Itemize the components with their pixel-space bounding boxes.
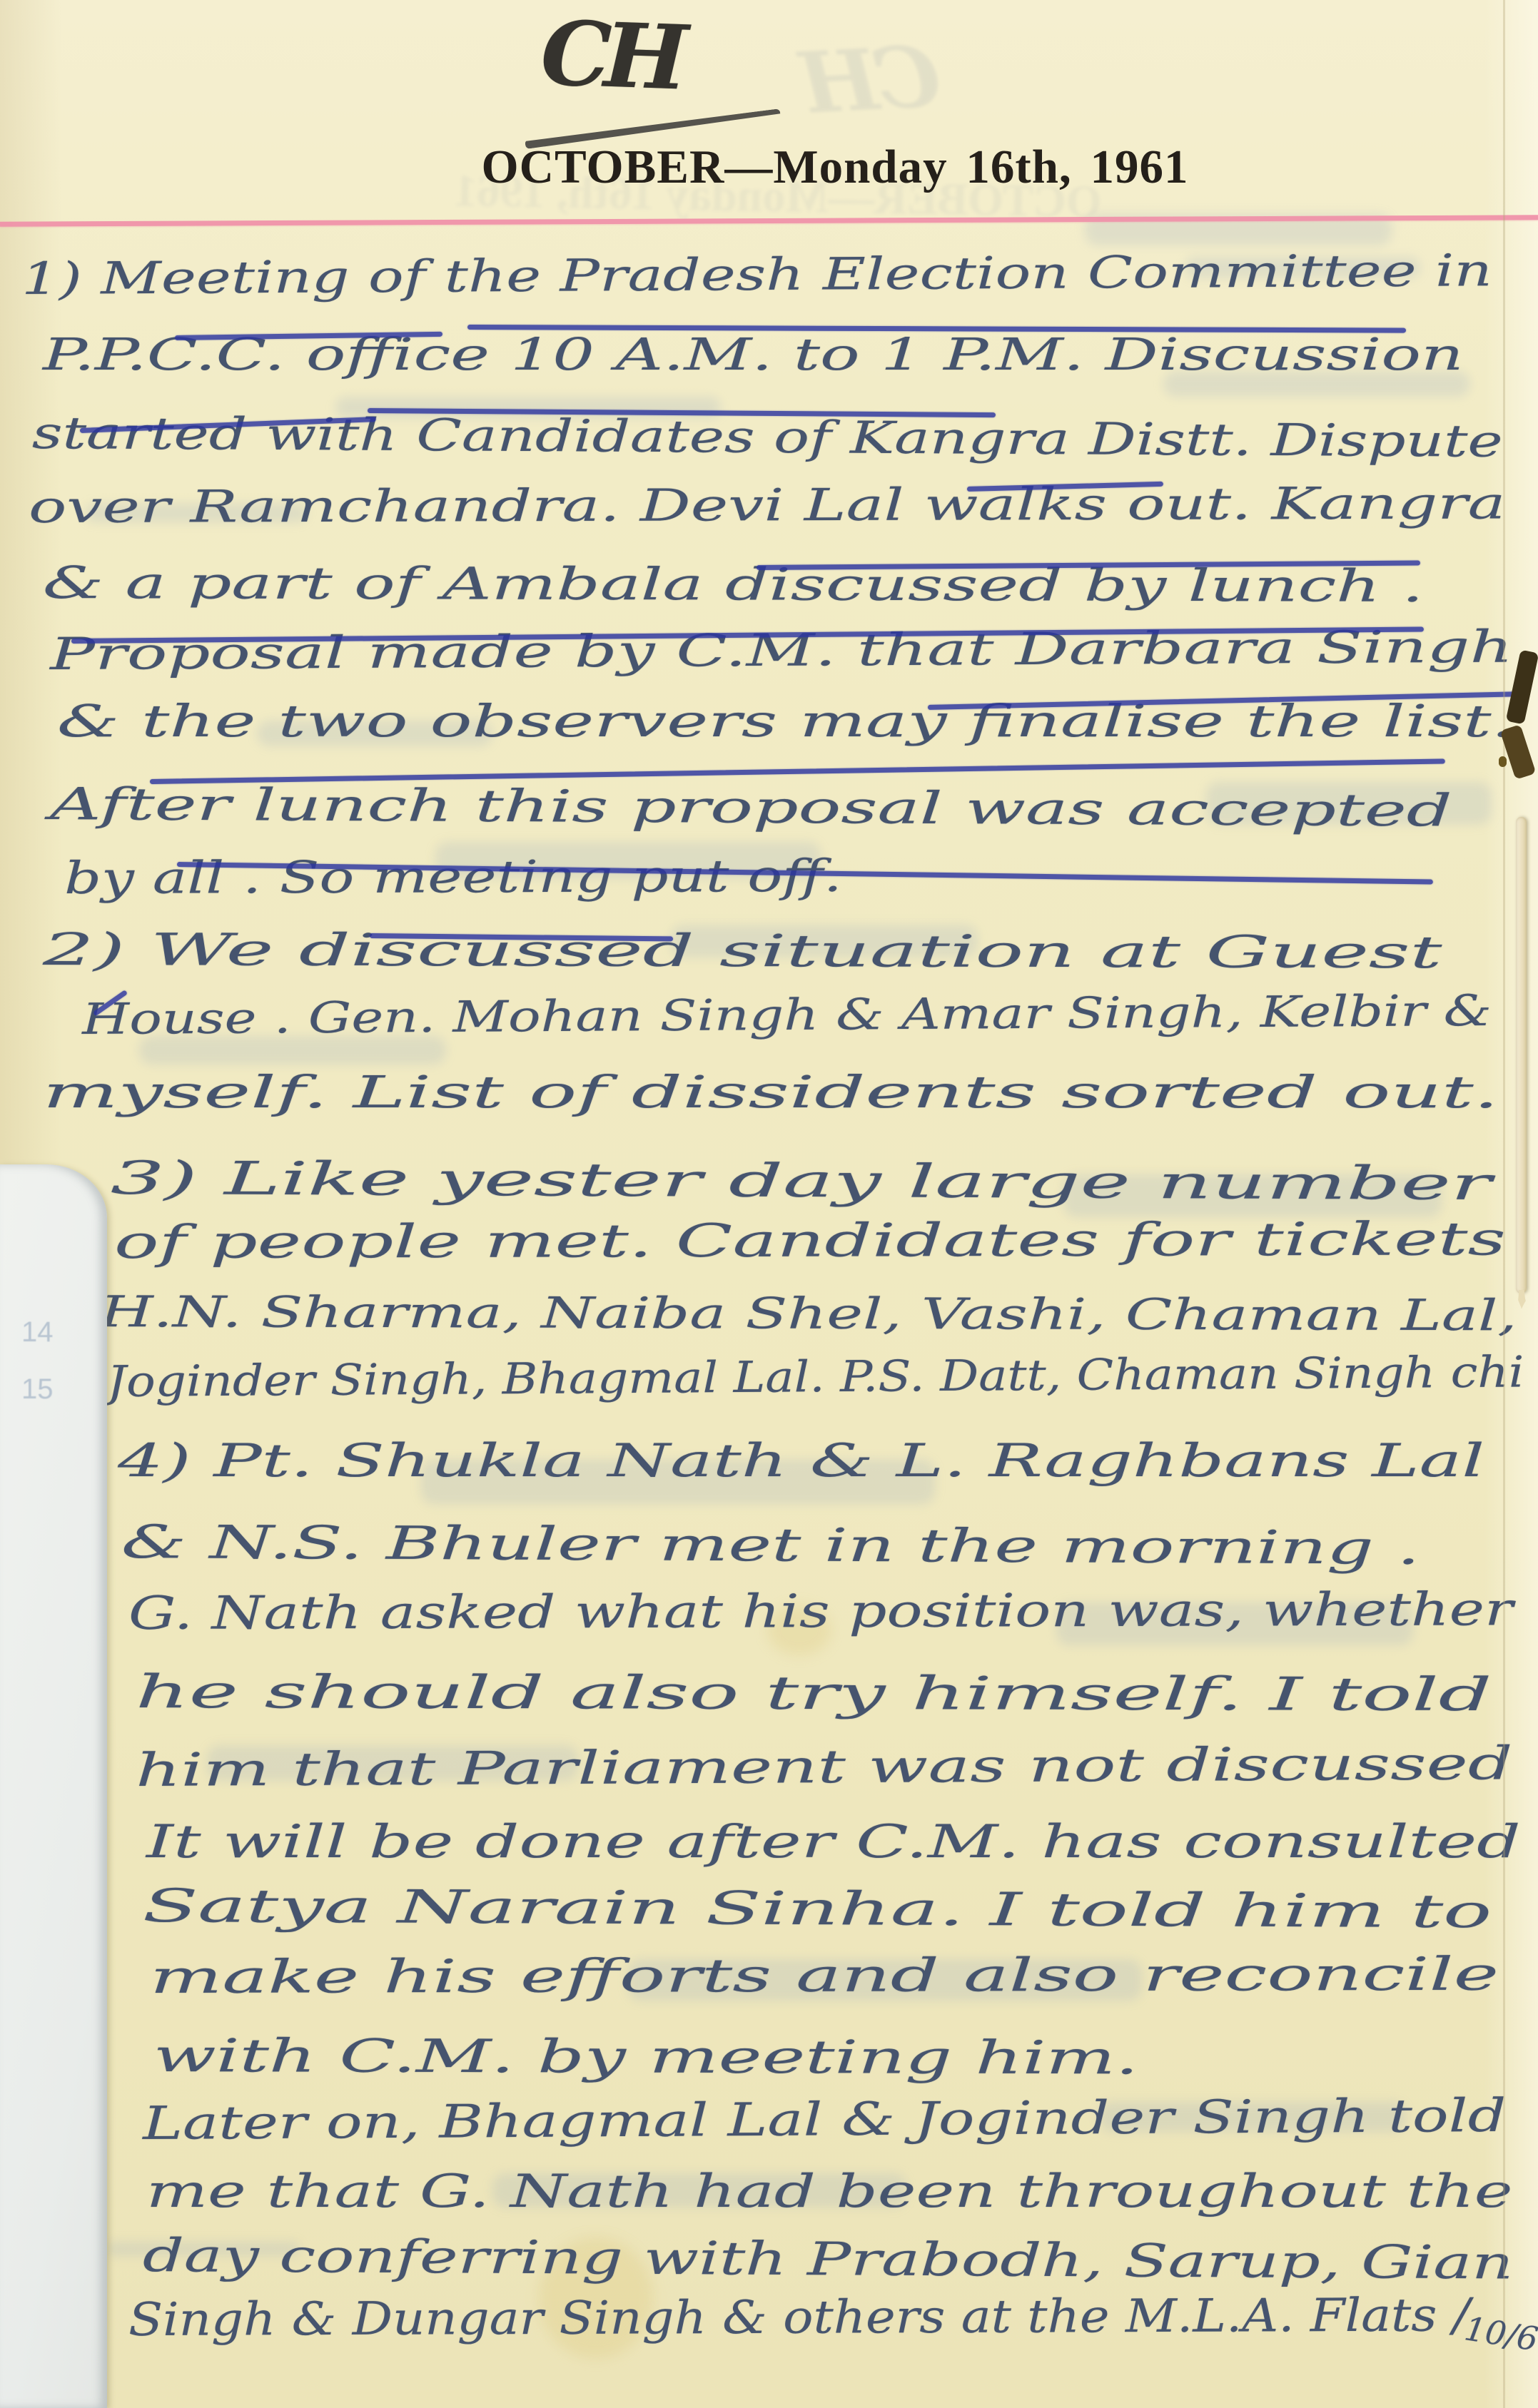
diary-line: Joginder Singh, Bhagmal Lal. P.S. Datt, … [107, 1346, 1524, 1409]
diary-line: Singh & Dungar Singh & others at the M.L… [128, 2287, 1470, 2349]
diary-line: Later on, Bhagmal Lal & Joginder Singh t… [143, 2088, 1507, 2153]
diary-line: of people met. Candidates for tickets [114, 1211, 1506, 1271]
diary-line: 3) Like yester day large number [110, 1150, 1492, 1213]
binding-clip-mark [1500, 724, 1537, 780]
header-date: OCTOBER—Monday 16th, 1961 [428, 140, 1242, 195]
diary-line: 1) Meeting of the Pradesh Election Commi… [21, 243, 1492, 306]
diary-line: day conferring with Prabodh, Sarup, Gian [143, 2227, 1514, 2292]
diary-line: over Ramchandra. Devi Lal walks out. Kan… [29, 475, 1506, 534]
binding-clip-dot [1499, 756, 1507, 767]
monogram: CH [540, 2, 683, 111]
diary-line: Satya Narain Sinha. I told him to [142, 1878, 1492, 1941]
diary-line: & the two observers may finalise the lis… [57, 694, 1514, 749]
diary-line: H.N. Sharma, Naiba Shel, Vashi, Chaman L… [100, 1286, 1517, 1343]
diary-line: 4) Pt. Shukla Nath & L. Raghbans Lal [118, 1433, 1484, 1490]
diary-page: CH CH OCTOBER—Monday 16th, 1961 OCTOBER—… [0, 0, 1538, 2408]
diary-line: he should also try himself. I told [136, 1664, 1492, 1724]
bookmark-cord [1516, 817, 1527, 1294]
diary-line: G. Nath asked what his position was, whe… [128, 1581, 1513, 1642]
diary-line: me that G. Nath had been throughout the [146, 2163, 1512, 2220]
edge-tab-14: 14 [21, 1316, 54, 1348]
diary-line: It will be done after C.M. has consulted [146, 1814, 1521, 1871]
diary-line: make his efforts and also reconcile [150, 1946, 1499, 2006]
diary-line: House . Gen. Mohan Singh & Amar Singh, K… [82, 985, 1492, 1047]
diary-line: with C.M. by meeting him. [153, 2028, 1139, 2087]
monogram-ghost: CH [802, 26, 942, 133]
edge-tab-15: 15 [21, 1373, 54, 1406]
page-turn-mark: 10/6 [1462, 2309, 1538, 2358]
diary-line: & N.S. Bhuler met in the morning . [121, 1514, 1421, 1578]
diary-line: myself. List of dissidents sorted out. [43, 1065, 1499, 1120]
diary-line: 2) We discussed situation at Guest [43, 922, 1442, 980]
diary-line: by all . So meeting put off. [64, 848, 842, 906]
paper-patch [0, 1164, 107, 2408]
diary-line: After lunch this proposal was accepted [50, 776, 1452, 838]
page-edge-crease [1503, 0, 1505, 2408]
diary-line: him that Parliament was not discussed [136, 1735, 1514, 1799]
